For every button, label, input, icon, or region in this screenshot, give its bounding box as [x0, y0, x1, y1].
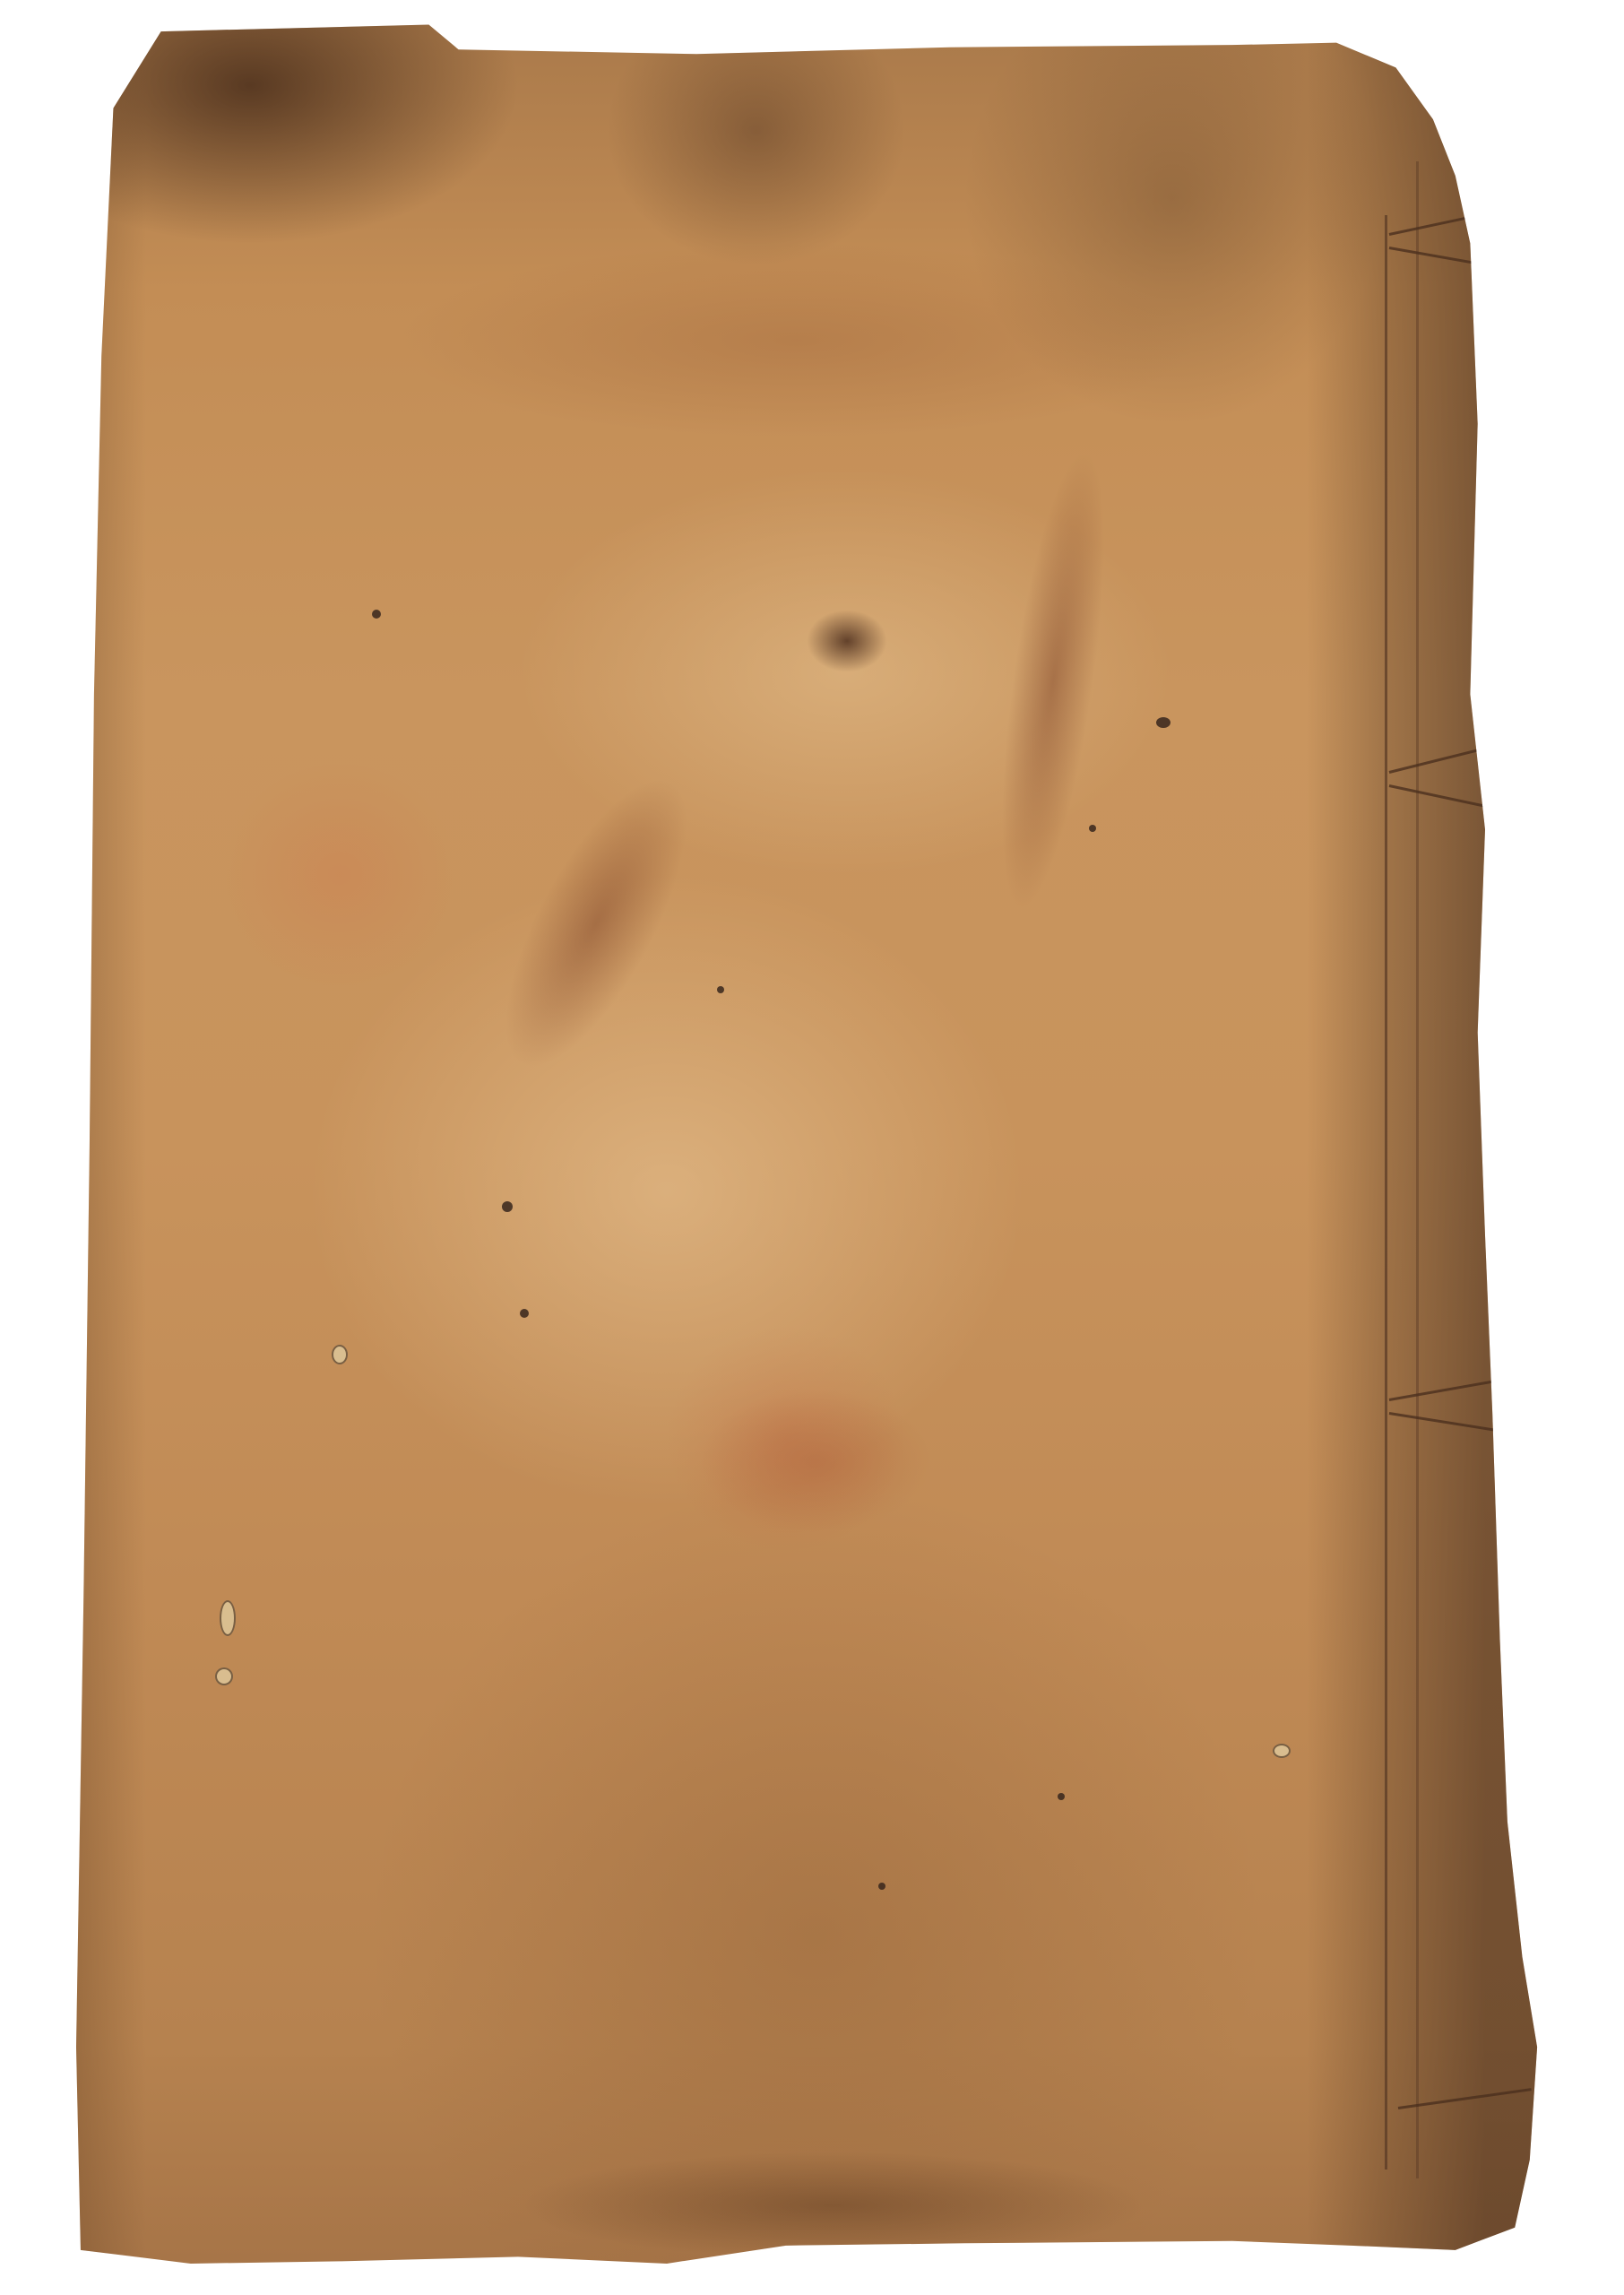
stitch-1: [1389, 205, 1521, 236]
spine-thread-2: [1416, 161, 1419, 2178]
stitch-2: [1389, 247, 1513, 271]
speck: [502, 1201, 513, 1212]
worm-hole: [332, 1345, 348, 1364]
speck: [1156, 717, 1170, 728]
worm-hole: [220, 1600, 236, 1636]
speck: [520, 1309, 529, 1318]
speck: [1058, 1793, 1065, 1800]
stain-band-top: [394, 242, 1201, 439]
book-cover: [72, 18, 1559, 2273]
worm-hole: [215, 1667, 233, 1685]
stain-streak-right: [980, 445, 1125, 917]
worm-hole: [1273, 1744, 1291, 1758]
stain-lower-center: [699, 1390, 932, 1533]
speck: [372, 610, 381, 619]
stain-bottom-edge: [520, 2152, 1147, 2259]
stitch-3: [1389, 739, 1520, 774]
speck: [1089, 825, 1096, 832]
stitch-4: [1389, 784, 1521, 815]
stain-ink-blot: [807, 610, 887, 672]
stain-streak-left: [469, 754, 723, 1094]
speck: [878, 1883, 885, 1890]
speck: [717, 986, 724, 993]
stitch-6: [1389, 1412, 1531, 1437]
stitch-5: [1389, 1373, 1531, 1401]
spine-thread-1: [1385, 215, 1387, 2169]
photo-scene: [0, 0, 1624, 2295]
